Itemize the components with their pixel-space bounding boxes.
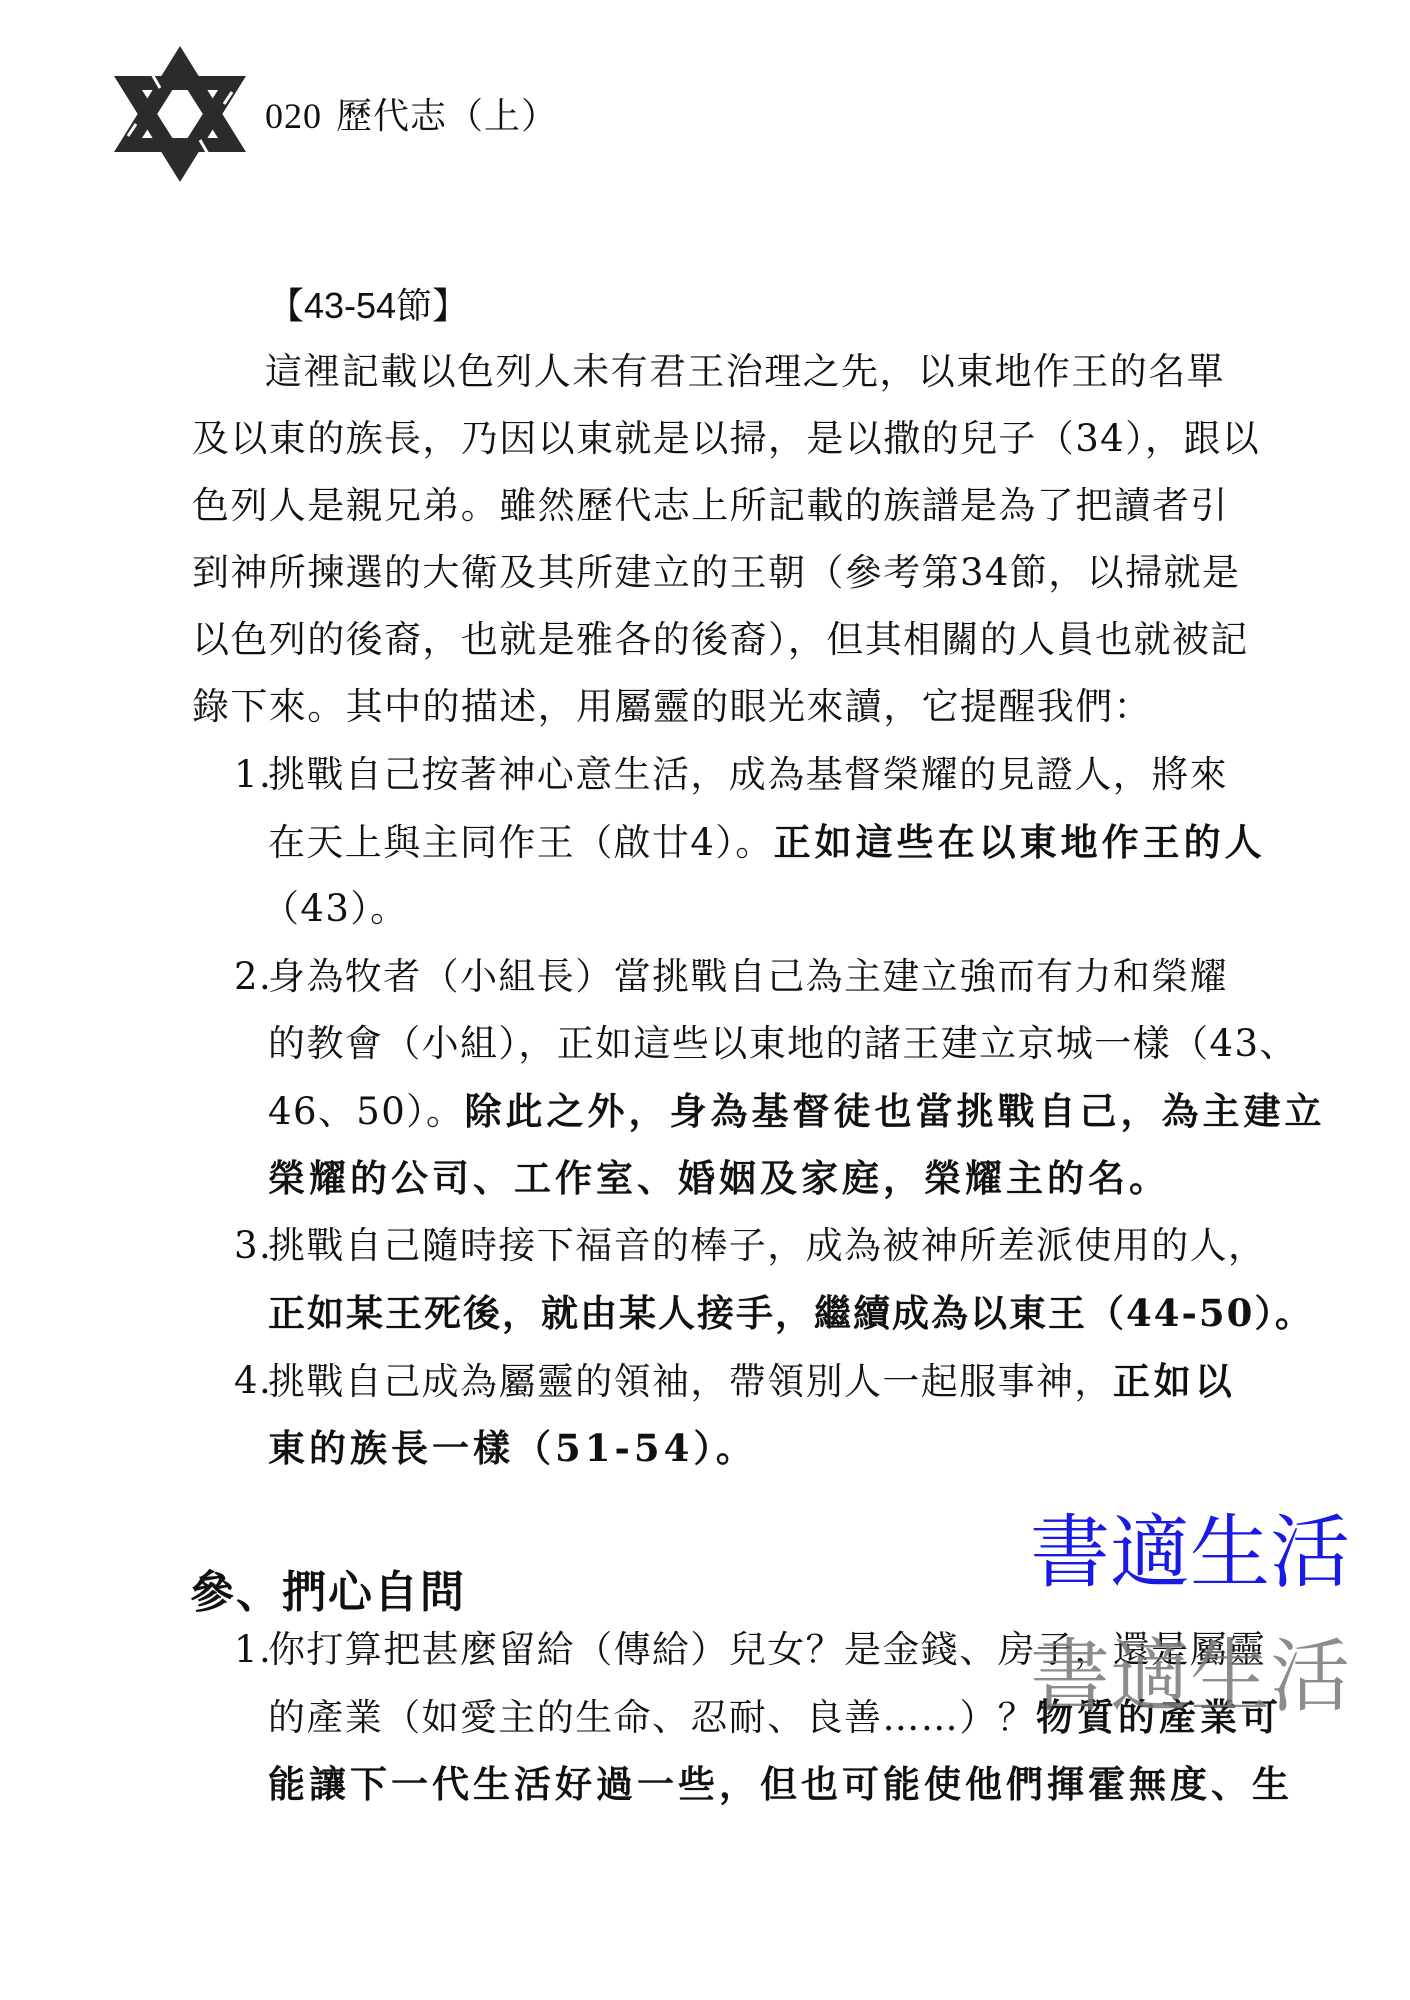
paragraph-line: 到神所揀選的大衛及其所建立的王朝（參考第34節，以掃就是 — [192, 553, 1240, 593]
paragraph-line: 錄下來。其中的描述，用屬靈的眼光來讀，它提醒我們： — [192, 687, 1152, 727]
watermark-secondary: 書適生活 — [1030, 1612, 1350, 1727]
text-regular: 在天上與主同作王（啟廿4）。 — [268, 821, 774, 864]
list-item-line: （43）。 — [262, 889, 409, 929]
paragraph-line: 這裡記載以色列人未有君王治理之先，以東地作王的名單 — [265, 352, 1225, 392]
list-item-line: 挑戰自己成為屬靈的領袖，帶領別人一起服事神，正如以 — [268, 1361, 1236, 1402]
paragraph-line: 以色列的後裔，也就是雅各的後裔），但其相關的人員也就被記 — [192, 620, 1249, 660]
list-item-line: 46、50）。除此之外，身為基督徒也當挑戰自己，為主建立 — [268, 1091, 1325, 1132]
book-title: 歷代志（上） — [336, 96, 558, 137]
paragraph-line: 及以東的族長，乃因以東就是以掃，是以撒的兒子（34），跟以 — [192, 419, 1260, 459]
list-item-line: 正如某王死後，就由某人接手，繼續成為以東王（44-50）。 — [268, 1293, 1314, 1333]
list-number: 1. — [234, 755, 272, 795]
text-regular: 挑戰自己成為屬靈的領袖，帶領別人一起服事神， — [268, 1360, 1113, 1403]
list-item-line: 榮耀的公司、工作室、婚姻及家庭，榮耀主的名。 — [268, 1158, 1170, 1198]
list-item-line: 在天上與主同作王（啟廿4）。正如這些在以東地作王的人 — [268, 822, 1266, 863]
list-item-line: 身為牧者（小組長）當挑戰自己為主建立強而有力和榮耀 — [268, 957, 1228, 997]
text-emphasis: 除此之外，身為基督徒也當挑戰自己，為主建立 — [464, 1089, 1325, 1133]
list-item-line: 東的族長一樣（51-54）。 — [268, 1428, 757, 1468]
list-number: 3. — [234, 1226, 272, 1266]
running-header: 020歷代志（上） — [265, 88, 558, 139]
section-heading: 參、捫心自問 — [190, 1556, 466, 1620]
star-of-david-icon — [112, 44, 248, 184]
list-number: 1. — [234, 1630, 272, 1670]
list-item-line: 的教會（小組），正如這些以東地的諸王建立京城一樣（43、 — [268, 1024, 1298, 1064]
list-item-line: 能讓下一代生活好過一些，但也可能使他們揮霍無度、生 — [268, 1764, 1293, 1804]
text-emphasis: 正如這些在以東地作王的人 — [774, 820, 1266, 864]
list-item-line: 挑戰自己隨時接下福音的棒子，成為被神所差派使用的人， — [268, 1226, 1266, 1266]
list-number: 2. — [234, 957, 272, 997]
watermark-primary: 書適生活 — [1030, 1488, 1350, 1603]
text-emphasis: 正如以 — [1113, 1359, 1236, 1403]
paragraph-line: 色列人是親兄弟。雖然歷代志上所記載的族譜是為了把讀者引 — [192, 486, 1229, 526]
text-regular: 46、50）。 — [268, 1090, 464, 1133]
section-reference: 【43-54節】 — [268, 278, 468, 329]
list-item-line: 挑戰自己按著神心意生活，成為基督榮耀的見證人，將來 — [268, 755, 1228, 795]
list-number: 4. — [234, 1361, 272, 1401]
text-regular: 的產業（如愛主的生命、忍耐、良善……）？ — [268, 1696, 1036, 1739]
chapter-number: 020 — [265, 96, 322, 136]
